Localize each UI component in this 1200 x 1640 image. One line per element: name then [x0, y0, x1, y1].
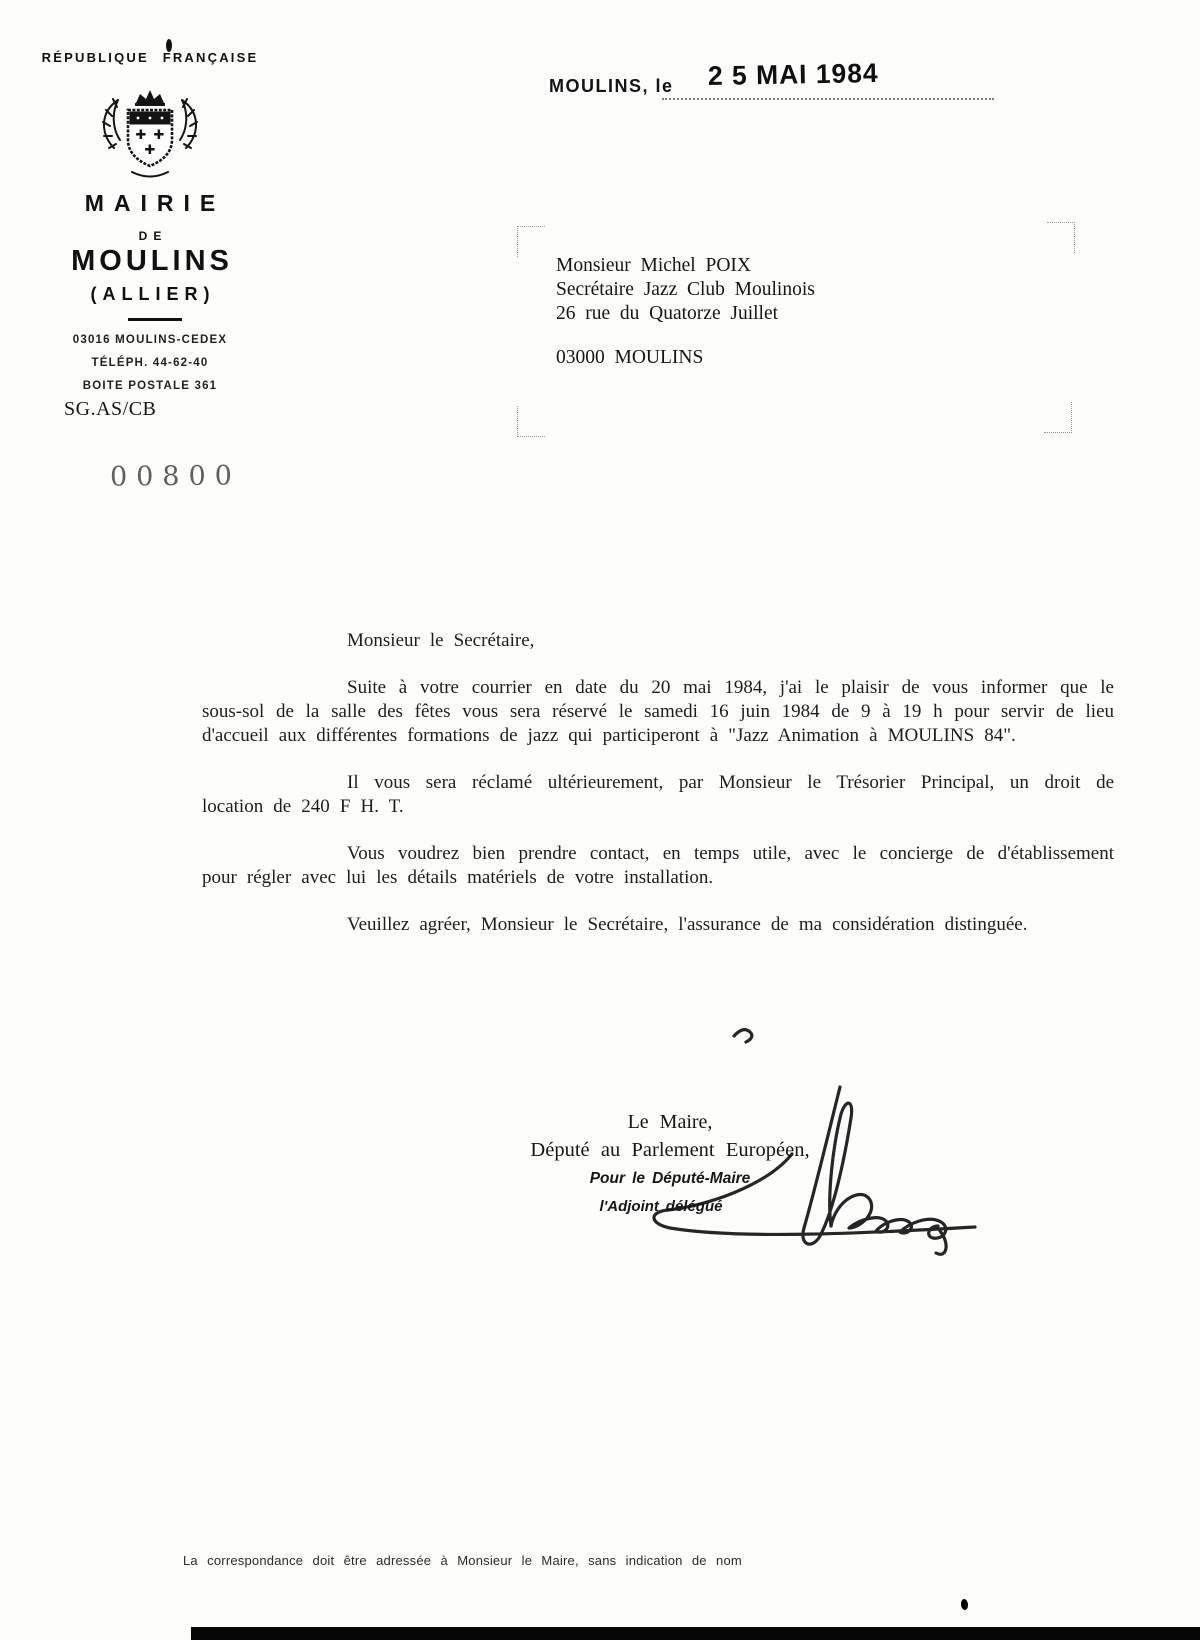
recipient-city: 03000 MOULINS — [556, 346, 815, 370]
department-title: (ALLIER) — [30, 284, 270, 305]
mairie-title: MAIRIE — [30, 190, 270, 217]
recipient-role: Secrétaire Jazz Club Moulinois — [556, 278, 815, 302]
svg-text:✚: ✚ — [145, 143, 156, 158]
delegation-stamp-1: Pour le Député-Maire — [430, 1167, 910, 1191]
address-frame-bottom-left — [517, 406, 545, 437]
svg-text:✚: ✚ — [154, 128, 165, 143]
scan-artifact-bar — [191, 1627, 1200, 1640]
paragraph-1: Suite à votre courrier en date du 20 mai… — [202, 676, 1114, 748]
dateline-label: MOULINS, le — [549, 76, 674, 97]
address-frame-top-left — [517, 226, 545, 257]
po-box-line: BOITE POSTALE 361 — [30, 375, 270, 398]
svg-text:✚: ✚ — [136, 128, 147, 143]
title-rule — [128, 318, 182, 321]
address-frame-top-right — [1047, 222, 1075, 253]
signatory-title-2: Député au Parlement Européen, — [430, 1136, 910, 1164]
de-label: DE — [30, 229, 270, 243]
folio-number-stamp: 00800 — [110, 460, 241, 492]
recipient-name: Monsieur Michel POIX — [556, 254, 815, 278]
recipient-street: 26 rue du Quatorze Juillet — [556, 302, 815, 326]
signature-block: Le Maire, Député au Parlement Européen, … — [430, 1108, 910, 1219]
postal-block: 03016 MOULINS-CEDEX TÉLÉPH. 44-62-40 BOI… — [30, 329, 270, 398]
recipient-address: Monsieur Michel POIX Secrétaire Jazz Clu… — [556, 254, 815, 370]
footer-notice: La correspondance doit être adressée à M… — [183, 1553, 742, 1568]
date-stamp: 2 5 MAI 1984 — [708, 58, 879, 92]
reference-code: SG.AS/CB — [64, 398, 156, 421]
address-frame-bottom-right — [1044, 402, 1072, 433]
letter-body: Monsieur le Secrétaire, Suite à votre co… — [202, 629, 1114, 937]
ink-speck — [960, 1599, 968, 1611]
postal-code-line: 03016 MOULINS-CEDEX — [30, 329, 270, 352]
moulins-coat-of-arms-icon: ✚✚✚ — [90, 86, 210, 180]
paragraph-3: Vous voudrez bien prendre contact, en te… — [202, 842, 1114, 890]
paragraph-2: Il vous sera réclamé ultérieurement, par… — [202, 771, 1114, 819]
city-title: MOULINS — [30, 245, 270, 278]
phone-line: TÉLÉPH. 44-62-40 — [30, 352, 270, 375]
republic-heading: RÉPUBLIQUE FRANÇAISE — [30, 50, 270, 65]
salutation: Monsieur le Secrétaire, — [202, 629, 1114, 653]
delegation-stamp-2: l'Adjoint délégué — [430, 1195, 910, 1219]
signatory-title-1: Le Maire, — [430, 1108, 910, 1136]
letter-document: RÉPUBLIQUE FRANÇAISE ✚✚✚ MAIR — [0, 0, 1200, 1640]
paragraph-4: Veuillez agréer, Monsieur le Secrétaire,… — [202, 913, 1114, 937]
